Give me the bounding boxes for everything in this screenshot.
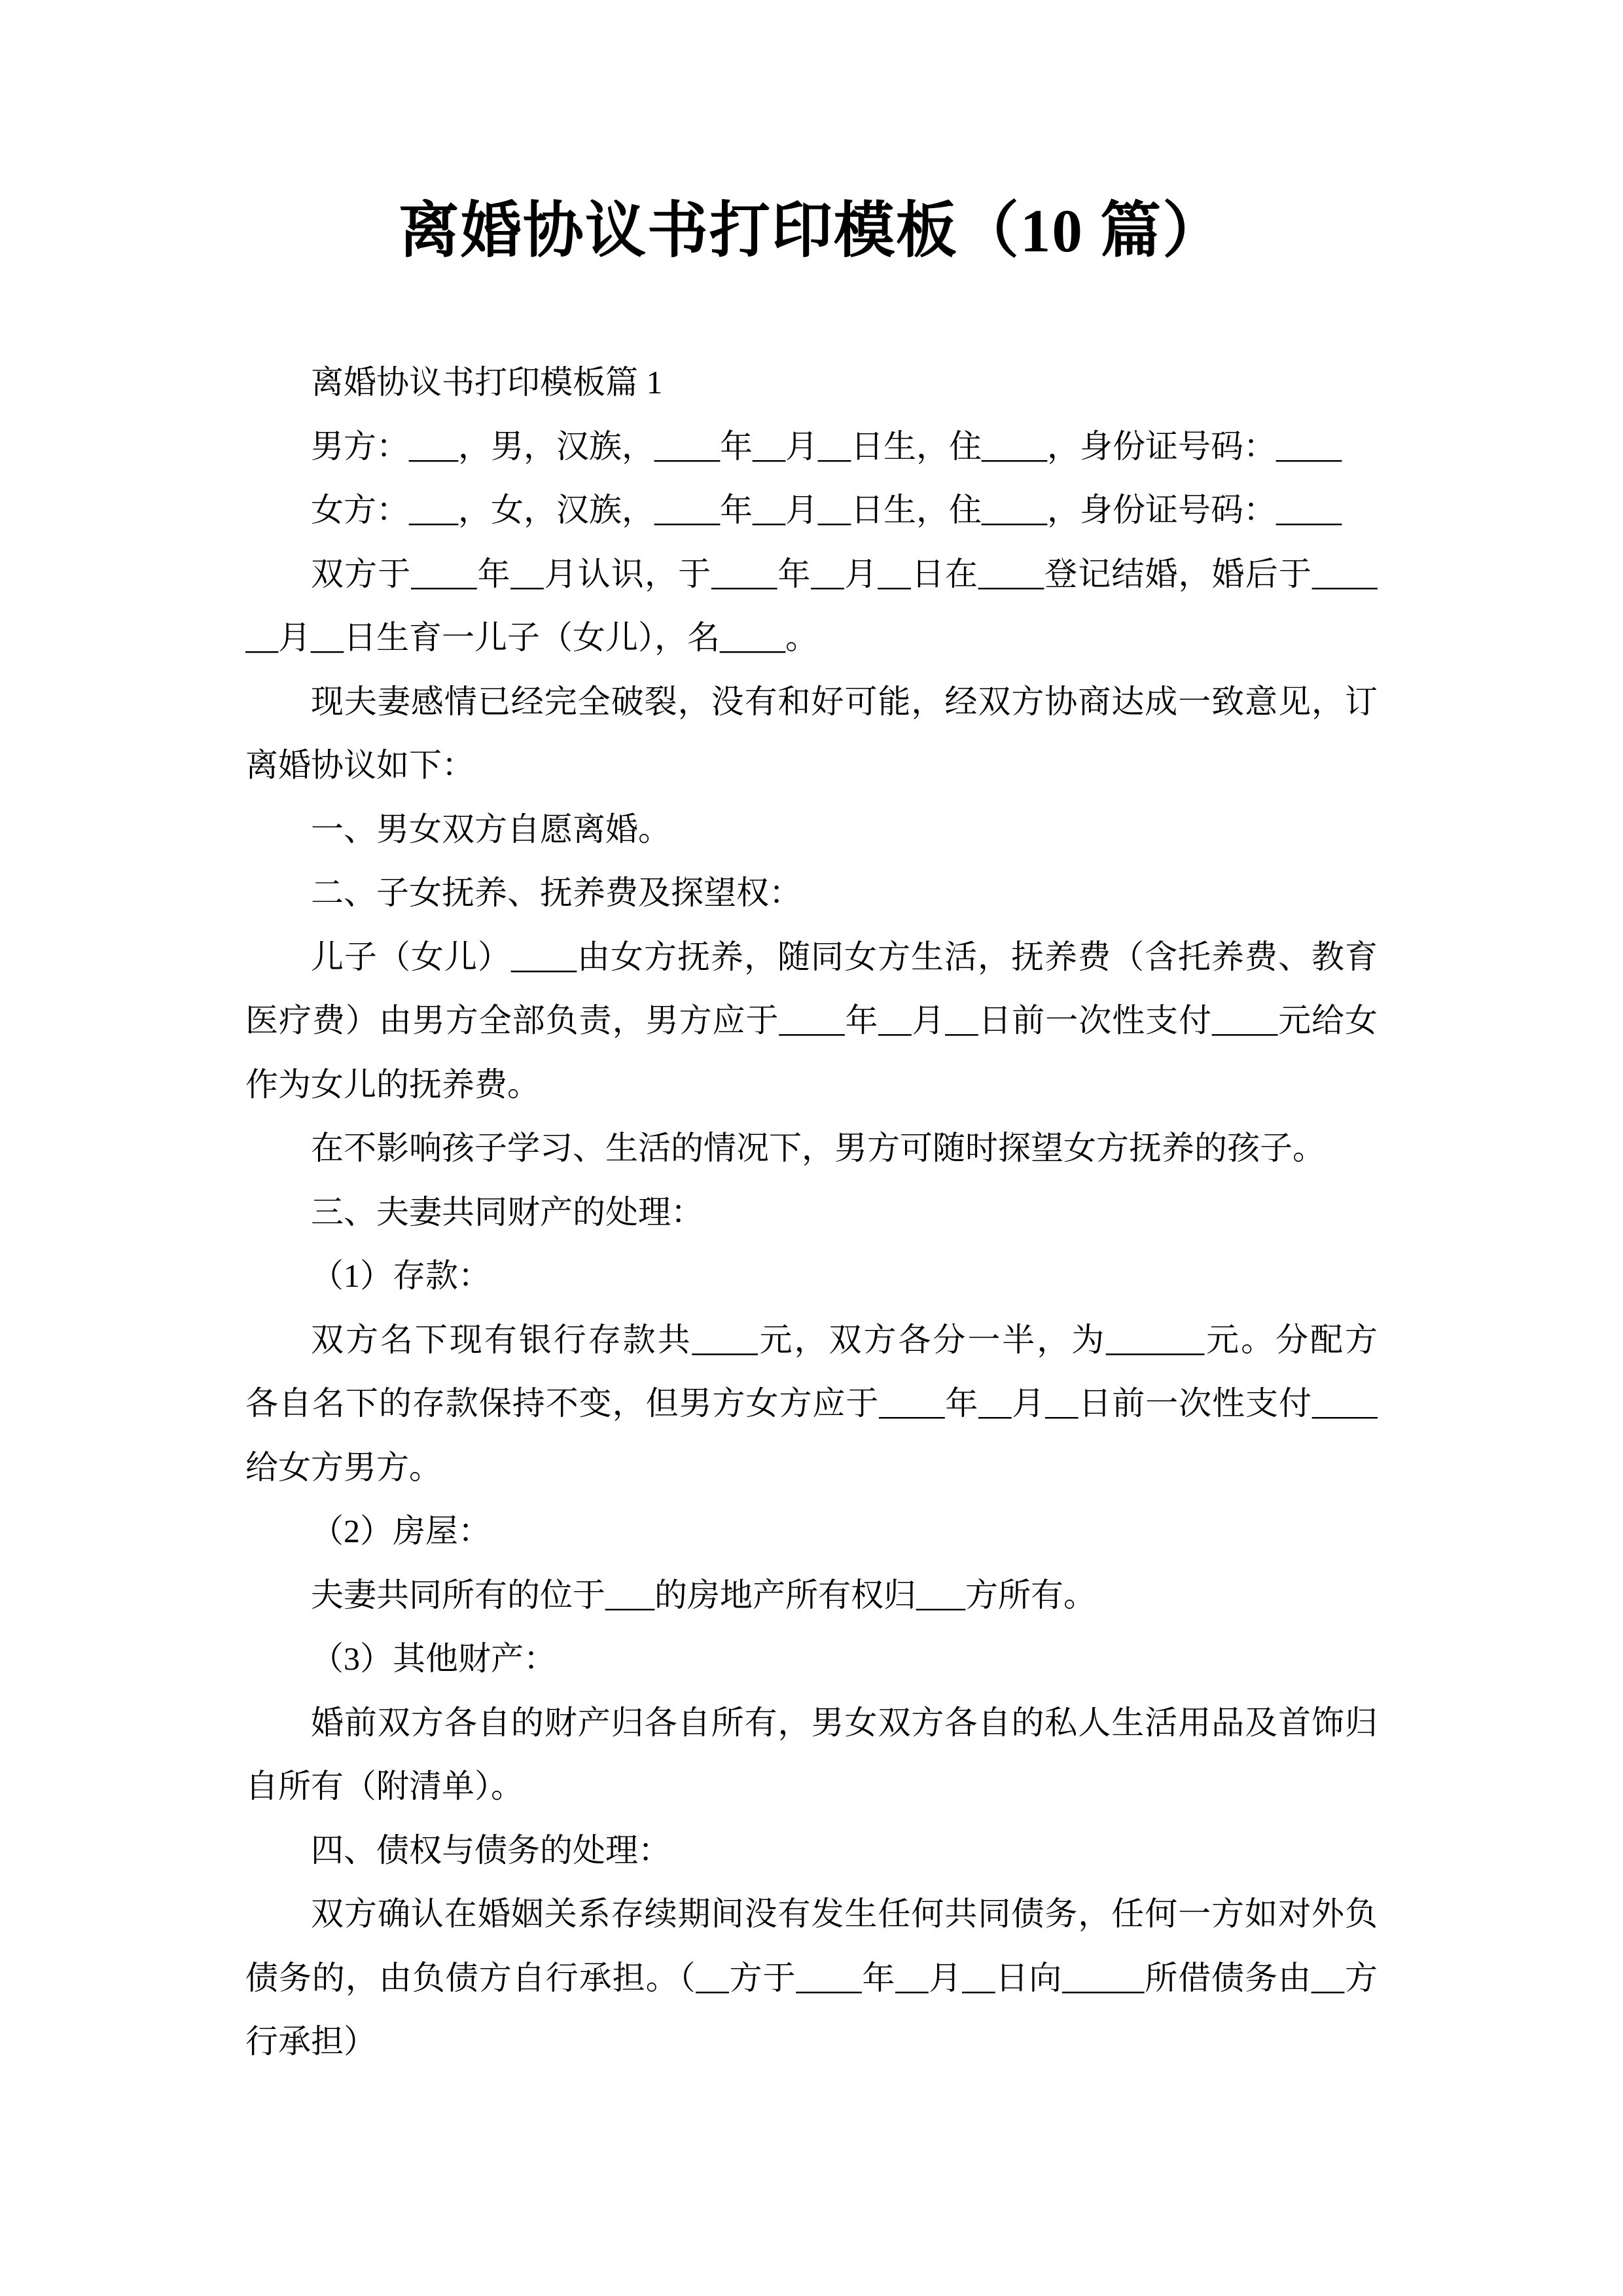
doc-line: 作为女儿的抚养费。 bbox=[245, 1053, 1378, 1117]
doc-line: 一、男女双方自愿离婚。 bbox=[245, 798, 1378, 862]
doc-line: 离婚协议如下： bbox=[245, 734, 1378, 798]
doc-line: 二、子女抚养、抚养费及探望权： bbox=[245, 861, 1378, 925]
doc-line: 债务的，由负债方自行承担。（__方于____年__月__日向_____所借债务由… bbox=[245, 1946, 1378, 2011]
document-title: 离婚协议书打印模板（10 篇） bbox=[245, 194, 1378, 270]
document-body: 离婚协议书打印模板篇 1 男方：___，男，汉族，____年__月__日生，住_… bbox=[245, 351, 1378, 2074]
section-heading: 离婚协议书打印模板篇 1 bbox=[245, 351, 1378, 415]
doc-line: 在不影响孩子学习、生活的情况下，男方可随时探望女方抚养的孩子。 bbox=[245, 1117, 1378, 1181]
doc-line: 行承担） bbox=[245, 2010, 1378, 2074]
doc-line: 双方确认在婚姻关系存续期间没有发生任何共同债务，任何一方如对外负有 bbox=[245, 1882, 1378, 1946]
doc-line: 双方名下现有银行存款共____元，双方各分一半，为______元。分配方式： bbox=[245, 1308, 1378, 1372]
doc-line: 双方于____年__月认识，于____年__月__日在____登记结婚，婚后于_… bbox=[245, 543, 1378, 607]
doc-line: 四、债权与债务的处理： bbox=[245, 1819, 1378, 1883]
doc-line: __月__日生育一儿子（女儿），名____。 bbox=[245, 606, 1378, 670]
doc-line: 自所有（附清单）。 bbox=[245, 1755, 1378, 1819]
doc-line: 医疗费）由男方全部负责，男方应于____年__月__日前一次性支付____元给女… bbox=[245, 989, 1378, 1053]
doc-line: 夫妻共同所有的位于___的房地产所有权归___方所有。 bbox=[245, 1564, 1378, 1628]
doc-line: 婚前双方各自的财产归各自所有，男女双方各自的私人生活用品及首饰归各 bbox=[245, 1691, 1378, 1755]
doc-line: 给女方男方。 bbox=[245, 1436, 1378, 1500]
doc-line: 男方：___，男，汉族，____年__月__日生，住____，身份证号码：___… bbox=[245, 415, 1378, 479]
document-page: 离婚协议书打印模板（10 篇） 离婚协议书打印模板篇 1 男方：___，男，汉族… bbox=[0, 0, 1623, 2296]
doc-line: 三、夫妻共同财产的处理： bbox=[245, 1181, 1378, 1245]
doc-line: 儿子（女儿）____由女方抚养，随同女方生活，抚养费（含托养费、教育费、 bbox=[245, 925, 1378, 990]
doc-line: （2）房屋： bbox=[245, 1499, 1378, 1564]
doc-line: 现夫妻感情已经完全破裂，没有和好可能，经双方协商达成一致意见，订立 bbox=[245, 670, 1378, 734]
doc-line: （3）其他财产： bbox=[245, 1627, 1378, 1691]
doc-line: 各自名下的存款保持不变，但男方女方应于____年__月__日前一次性支付____… bbox=[245, 1372, 1378, 1436]
doc-line: （1）存款： bbox=[245, 1244, 1378, 1308]
doc-line: 女方：___，女，汉族，____年__月__日生，住____，身份证号码：___… bbox=[245, 478, 1378, 543]
